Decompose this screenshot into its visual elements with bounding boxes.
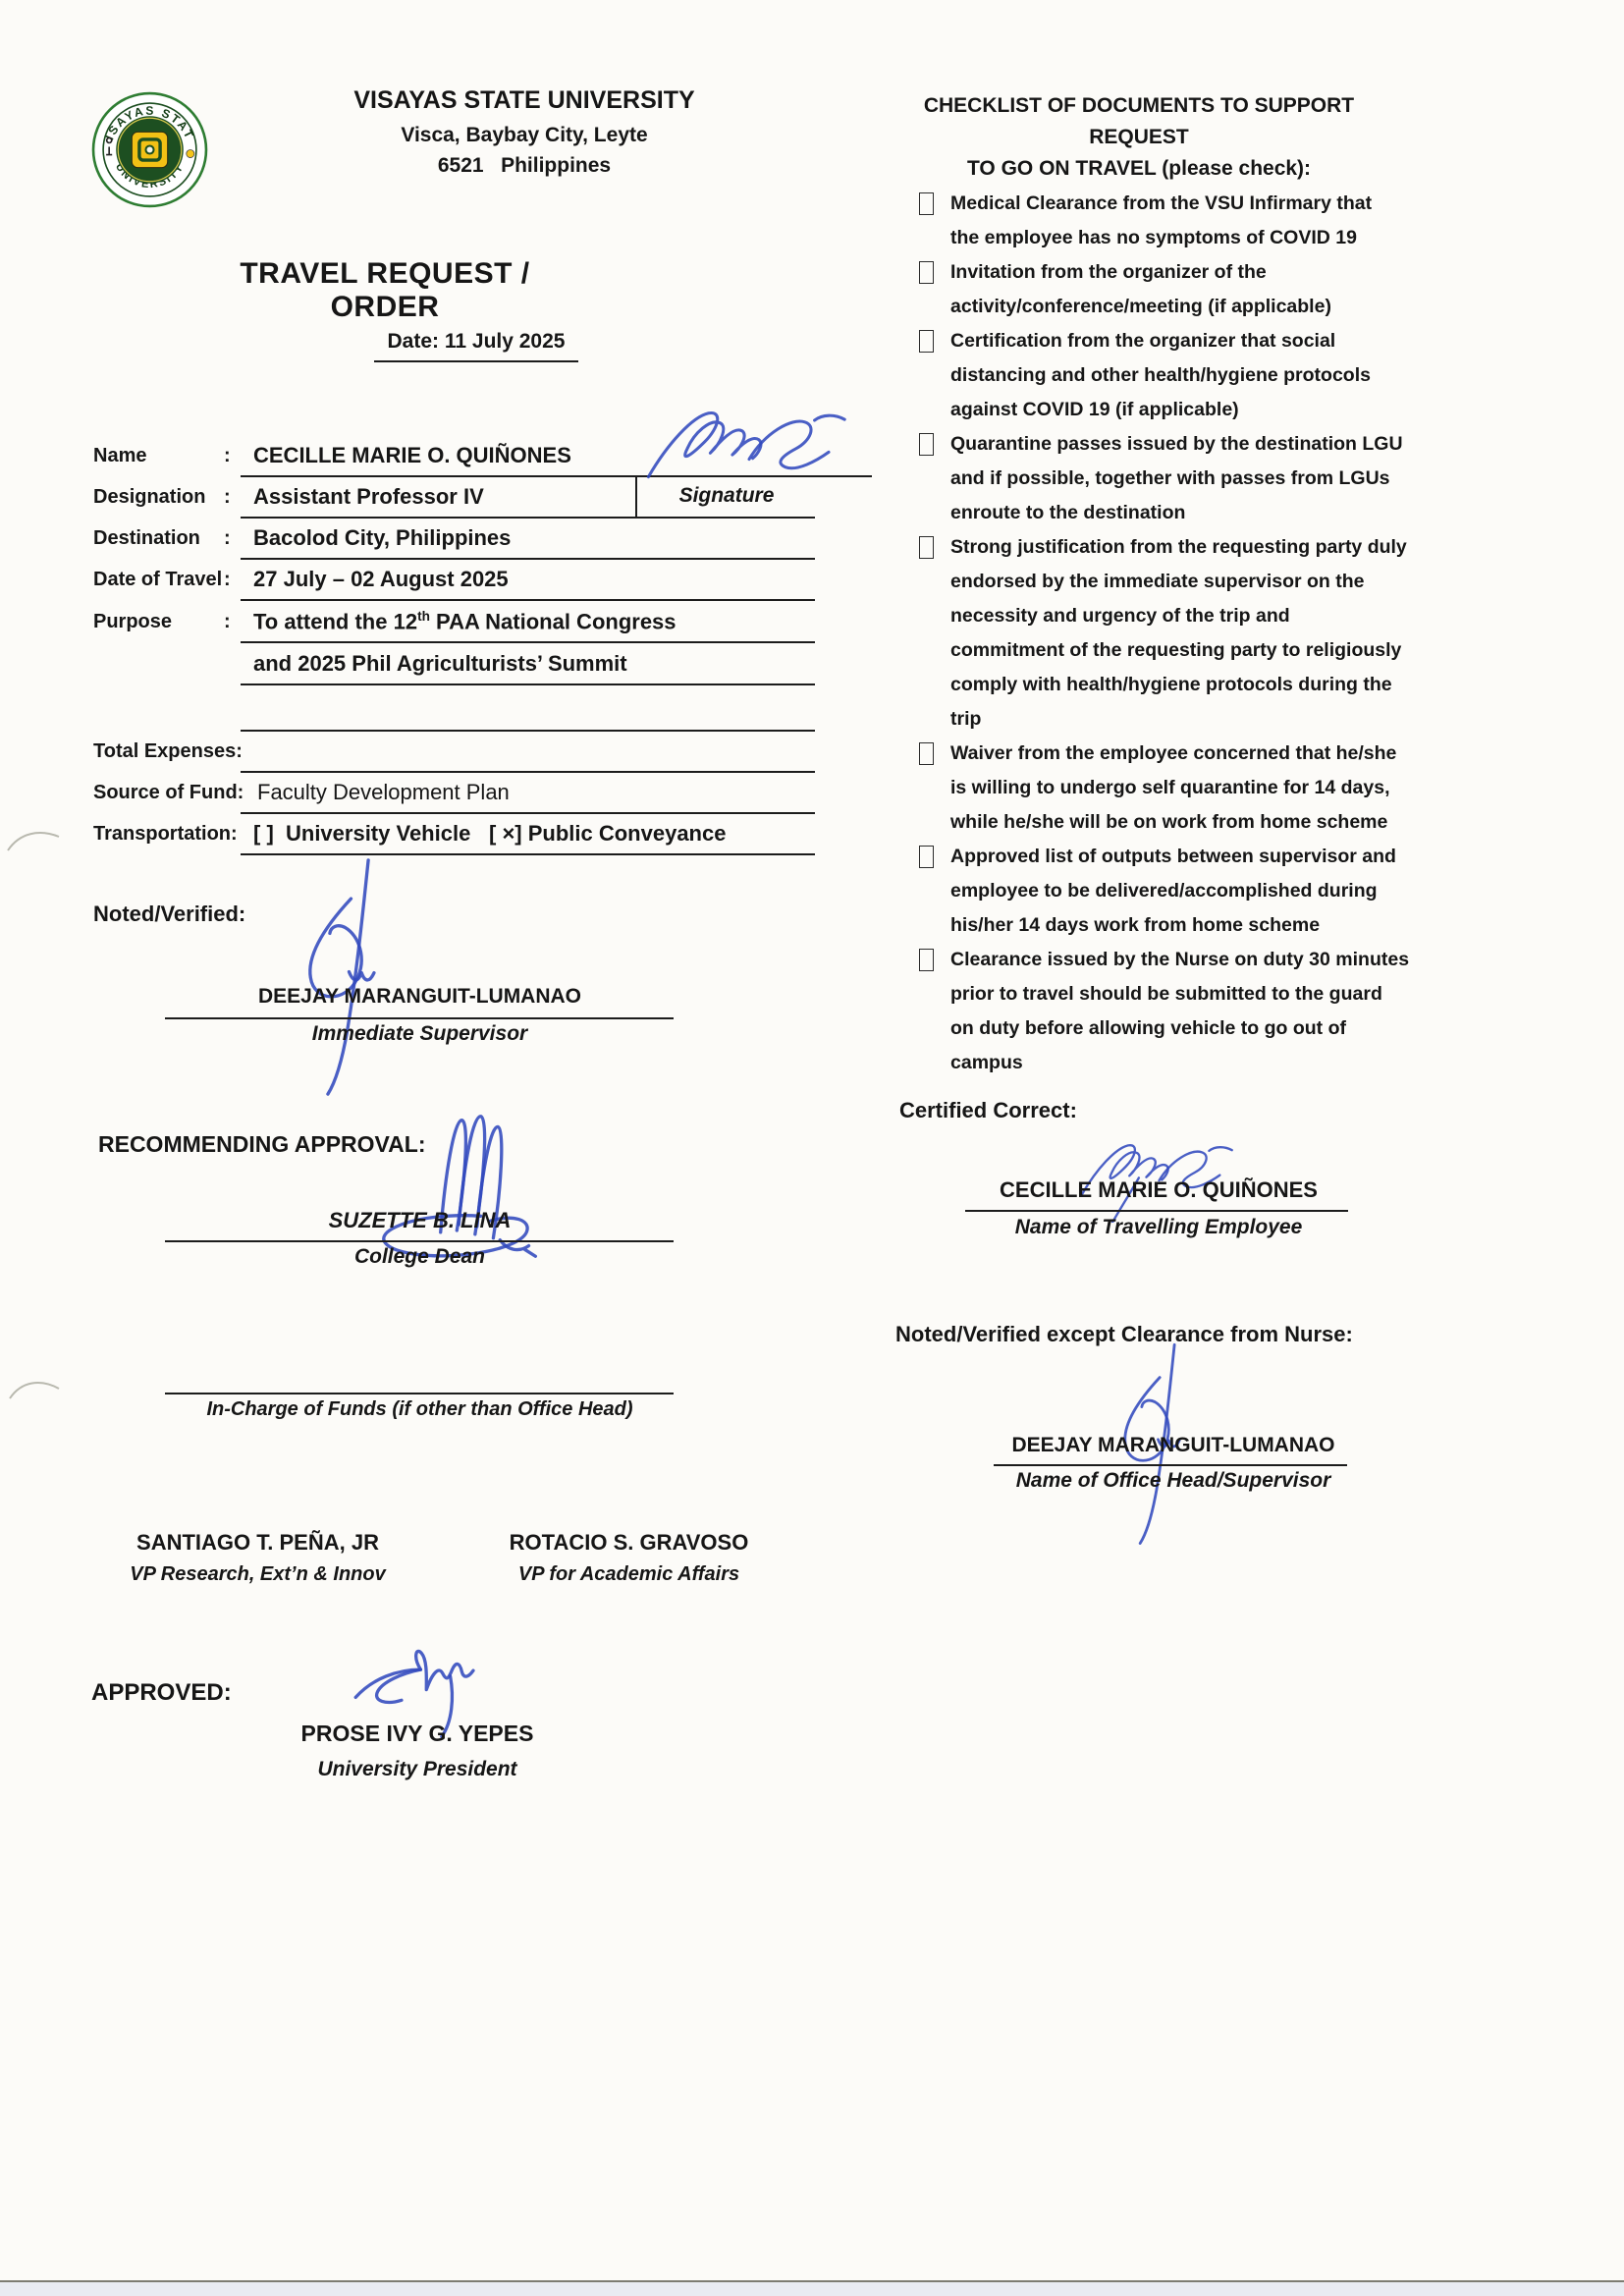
travelling-employee-role: Name of Travelling Employee <box>962 1216 1355 1239</box>
source-of-fund-value: Faculty Development Plan <box>257 780 510 805</box>
checklist-item: Strong justification from the requesting… <box>919 530 1508 737</box>
seal-sun-icon <box>187 150 194 158</box>
checkbox-icon[interactable] <box>919 846 934 868</box>
lumanao-signature <box>283 856 415 1097</box>
designation-underline <box>241 517 815 519</box>
designation-label: Designation <box>93 486 205 509</box>
checklist-item: Certification from the organizer that so… <box>919 324 1508 427</box>
certified-correct-heading: Certified Correct: <box>899 1098 1077 1123</box>
scan-artifact-mark <box>6 821 65 860</box>
transportation-public-conveyance-option: [ ×] Public Conveyance <box>489 821 726 847</box>
vp-research-block: SANTIAGO T. PEÑA, JR VP Research, Ext’n … <box>59 1530 457 1586</box>
date-of-travel-underline <box>241 599 815 601</box>
immediate-supervisor-role: Immediate Supervisor <box>162 1022 677 1046</box>
checklist-item: Clearance issued by the Nurse on duty 30… <box>919 943 1508 1080</box>
college-dean-underline <box>165 1240 674 1242</box>
vp-research-name: SANTIAGO T. PEÑA, JR <box>59 1530 457 1556</box>
college-dean-role: College Dean <box>162 1245 677 1269</box>
university-seal-logo: VISAYAS STATE UNIVERSITY <box>90 90 209 209</box>
checklist-item: Invitation from the organizer of the act… <box>919 255 1508 324</box>
checklist: Medical Clearance from the VSU Infirmary… <box>919 187 1508 1080</box>
checkbox-icon[interactable] <box>919 949 934 971</box>
purpose-value-line1: To attend the 12th PAA National Congress <box>253 609 677 634</box>
checklist-item-text: Quarantine passes issued by the destinat… <box>950 427 1403 530</box>
designation-colon: : <box>224 486 231 509</box>
name-value: CECILLE MARIE O. QUIÑONES <box>253 443 571 468</box>
purpose-underline-2 <box>241 683 815 685</box>
purpose-colon: : <box>224 611 231 633</box>
transportation-university-vehicle-option: [ ] University Vehicle <box>253 821 470 847</box>
checklist-item-text: Waiver from the employee concerned that … <box>950 737 1396 840</box>
university-president-name: PROSE IVY G. YEPES <box>236 1721 599 1747</box>
checkbox-icon[interactable] <box>919 433 934 456</box>
date-of-travel-colon: : <box>224 569 231 591</box>
checklist-item-text: Clearance issued by the Nurse on duty 30… <box>950 943 1409 1080</box>
destination-colon: : <box>224 527 231 550</box>
transportation-label: Transportation: <box>93 823 238 846</box>
college-dean-name: SUZETTE B. LINA <box>162 1208 677 1233</box>
source-of-fund-label: Source of Fund: <box>93 782 244 804</box>
purpose-underline-1 <box>241 641 815 643</box>
office-head-name: DEEJAY MARANGUIT-LUMANAO <box>992 1434 1355 1457</box>
address-line-1: Visca, Baybay City, Leyte <box>279 124 770 147</box>
checklist-item: Medical Clearance from the VSU Infirmary… <box>919 187 1508 255</box>
date-underline <box>374 360 578 362</box>
transportation-underline <box>241 853 815 855</box>
checklist-item-text: Invitation from the organizer of the act… <box>950 255 1331 324</box>
total-expenses-label: Total Expenses: <box>93 740 243 763</box>
checklist-item: Waiver from the employee concerned that … <box>919 737 1508 840</box>
immediate-supervisor-underline <box>165 1017 674 1019</box>
checklist-item-text: Medical Clearance from the VSU Infirmary… <box>950 187 1372 255</box>
travelling-employee-name: CECILLE MARIE O. QUIÑONES <box>962 1177 1355 1203</box>
university-president-role: University President <box>236 1758 599 1781</box>
purpose-label: Purpose <box>93 611 172 633</box>
checkbox-icon[interactable] <box>919 261 934 284</box>
vp-academic-name: ROTACIO S. GRAVOSO <box>430 1530 828 1556</box>
source-of-fund-underline <box>241 812 815 814</box>
checklist-item: Quarantine passes issued by the destinat… <box>919 427 1508 530</box>
blank-underline <box>241 730 815 732</box>
checklist-item: Approved list of outputs between supervi… <box>919 840 1508 943</box>
name-colon: : <box>224 445 231 467</box>
scan-artifact-mark <box>8 1371 67 1410</box>
in-charge-underline <box>165 1393 674 1394</box>
checklist-item-text: Approved list of outputs between supervi… <box>950 840 1396 943</box>
name-label: Name <box>93 445 146 467</box>
address-line-2: 6521 Philippines <box>279 154 770 178</box>
total-expenses-underline <box>241 771 815 773</box>
checkbox-icon[interactable] <box>919 192 934 215</box>
quinones-signature <box>626 403 872 491</box>
checkbox-icon[interactable] <box>919 536 934 559</box>
destination-underline <box>241 558 815 560</box>
purpose-superscript: th <box>417 609 430 624</box>
document-title: TRAVEL REQUEST / ORDER <box>189 257 581 324</box>
date-line: Date: 11 July 2025 <box>373 330 579 354</box>
checklist-item-text: Certification from the organizer that so… <box>950 324 1371 427</box>
vp-academic-block: ROTACIO S. GRAVOSO VP for Academic Affai… <box>430 1530 828 1586</box>
checkbox-icon[interactable] <box>919 742 934 765</box>
university-name: VISAYAS STATE UNIVERSITY <box>279 86 770 115</box>
paper-bottom-edge <box>0 2280 1624 2296</box>
checkbox-icon[interactable] <box>919 330 934 353</box>
quinones-signature-2 <box>1078 1120 1240 1223</box>
purpose-value-line2: and 2025 Phil Agriculturists’ Summit <box>253 651 627 677</box>
vp-research-role: VP Research, Ext’n & Innov <box>59 1563 457 1586</box>
approved-heading: APPROVED: <box>91 1679 232 1707</box>
date-of-travel-label: Date of Travel <box>93 569 222 591</box>
date-of-travel-value: 27 July – 02 August 2025 <box>253 567 509 592</box>
checklist-item-text: Strong justification from the requesting… <box>950 530 1407 737</box>
immediate-supervisor-name: DEEJAY MARANGUIT-LUMANAO <box>162 985 677 1009</box>
vp-academic-role: VP for Academic Affairs <box>430 1563 828 1586</box>
designation-value: Assistant Professor IV <box>253 484 484 510</box>
in-charge-caption: In-Charge of Funds (if other than Office… <box>162 1398 677 1421</box>
office-head-role: Name of Office Head/Supervisor <box>992 1469 1355 1493</box>
destination-value: Bacolod City, Philippines <box>253 525 511 551</box>
office-head-underline <box>994 1464 1347 1466</box>
travelling-employee-underline <box>965 1210 1348 1212</box>
destination-label: Destination <box>93 527 200 550</box>
travel-request-form-scan: VISAYAS STATE UNIVERSITY VISAYAS STATE U… <box>0 0 1624 2296</box>
noted-verified-heading: Noted/Verified: <box>93 902 245 927</box>
checklist-heading: CHECKLIST OF DOCUMENTS TO SUPPORT REQUES… <box>893 90 1384 185</box>
letterhead: VISAYAS STATE UNIVERSITY Visca, Baybay C… <box>279 86 770 178</box>
